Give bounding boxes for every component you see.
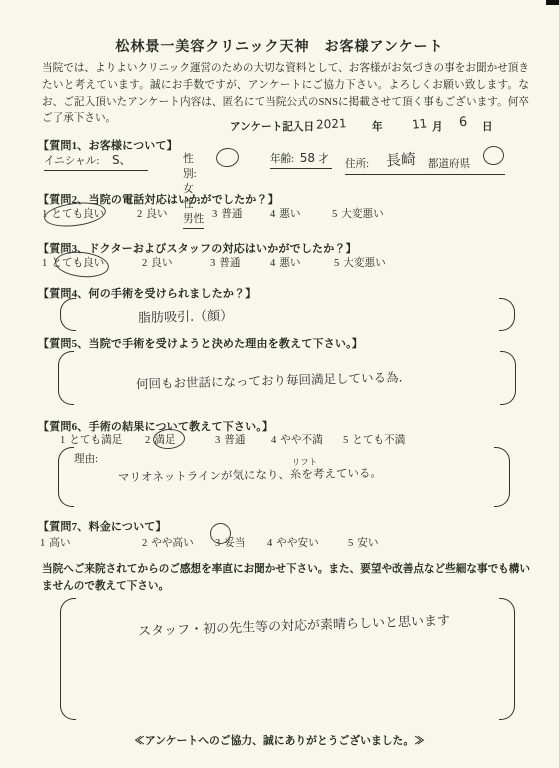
option-num: 5 — [334, 258, 339, 269]
prefecture-circled: 県 — [460, 159, 471, 170]
option-label: 良い — [146, 209, 167, 220]
option-num: 2 — [142, 258, 147, 269]
date-day-unit: 日 — [482, 119, 493, 134]
q6-options-row: 1とても満足 2満足 3普通 4やや不満 5とても不満 — [60, 432, 540, 448]
option-num: 4 — [270, 258, 275, 269]
selection-circle-q7 — [210, 523, 231, 544]
gender-label: 性別: — [183, 154, 197, 180]
option-num: 1 — [42, 258, 47, 269]
q6-option-3: 3普通 — [215, 432, 245, 447]
q7-heading: 【質問7、料金について】 — [38, 518, 167, 534]
q3-option-5: 5大変悪い — [334, 255, 386, 270]
option-label: 良い — [151, 258, 172, 269]
q2-option-3: 3普通 — [212, 206, 242, 221]
option-num: 3 — [212, 209, 217, 220]
q7-option-5: 5安い — [348, 535, 378, 550]
date-year-handwritten: 2021 — [316, 116, 347, 132]
q7-option-1: 1高い — [40, 535, 70, 550]
option-num: 1 — [60, 435, 65, 446]
q5-heading: 【質問5、当院で手術を受けようと決めた理由を教えて下さい。】 — [38, 335, 363, 351]
reason-annotation-lift: リフト — [292, 456, 318, 468]
date-label: アンケート記入日 — [230, 119, 314, 134]
q2-option-2: 2良い — [137, 206, 167, 221]
reason-text-before: マリオネットラインが気になり、 — [118, 467, 290, 484]
initial-label: イニシャル: — [44, 156, 99, 167]
option-num: 2 — [137, 209, 142, 220]
date-month-handwritten: 11 — [411, 116, 428, 132]
option-label: 高い — [49, 538, 70, 549]
selection-circle-gender — [215, 146, 240, 168]
option-num: 4 — [270, 209, 275, 220]
option-label: 普通 — [219, 258, 240, 269]
date-month-unit: 月 — [432, 119, 443, 134]
option-label: やや不満 — [280, 435, 322, 446]
q2-options-row: 1とても良い 2良い 3普通 4悪い 5大変悪い — [42, 206, 522, 222]
option-label: とても満足 — [69, 435, 122, 446]
option-label: 普通 — [221, 209, 242, 220]
q4-answer-box — [60, 298, 515, 331]
q6-option-4: 4やや不満 — [271, 432, 323, 447]
age-value-handwritten: 58 — [300, 151, 315, 165]
q6-option-5: 5とても不満 — [343, 432, 405, 447]
option-num: 2 — [145, 435, 150, 446]
q3-option-3: 3普通 — [210, 255, 240, 270]
date-year-unit: 年 — [372, 119, 383, 134]
option-label: 普通 — [224, 435, 245, 446]
address-label: 住所: — [345, 159, 369, 170]
feedback-prompt: 当院へご来院されてからのご感想を率直にお聞かせ下さい。また、要望や改善点など些細… — [42, 561, 530, 595]
q3-options-row: 1とても良い 2良い 3普通 4悪い 5大変悪い — [42, 255, 522, 271]
option-num: 3 — [215, 435, 220, 446]
option-num: 5 — [343, 435, 348, 446]
date-day-handwritten: 6 — [458, 115, 467, 131]
q7-options-row: 1高い 2やや高い 3妥当 4やや安い 5安い — [40, 535, 520, 551]
option-num: 2 — [142, 538, 147, 549]
initial-value-handwritten: S、 — [112, 153, 132, 167]
option-label: 安い — [357, 538, 378, 549]
age-label: 年齢: — [270, 154, 294, 165]
option-label: とても不満 — [352, 435, 405, 446]
q6-reason-label: 理由: — [74, 451, 98, 466]
option-num: 4 — [267, 538, 272, 549]
survey-scan-page: 松林景一美容クリニック天神 お客様アンケート 当院では、よりよいクリニック運営の… — [0, 0, 559, 768]
closing-thanks: ≪アンケートへのご協力、誠にありがとうございました。≫ — [0, 733, 559, 748]
page-title: 松林景一美容クリニック天神 お客様アンケート — [0, 36, 559, 56]
option-label: やや高い — [151, 538, 193, 549]
option-num: 1 — [40, 538, 45, 549]
option-num: 5 — [348, 538, 353, 549]
q3-option-4: 4悪い — [270, 255, 300, 270]
option-num: 5 — [332, 209, 337, 220]
reason-text-after: を考えている。 — [301, 466, 382, 481]
reason-word: 糸 — [290, 467, 302, 481]
q1-initial-field: イニシャル: S、 — [44, 151, 148, 171]
address-value-handwritten: 長崎 — [385, 148, 416, 171]
q2-option-4: 4悪い — [270, 206, 300, 221]
q2-option-5: 5大変悪い — [332, 206, 384, 221]
q6-option-1: 1とても満足 — [60, 432, 122, 447]
q1-address-field: 住所: 長崎都道府県 — [345, 151, 505, 175]
option-label: 大変悪い — [341, 209, 383, 220]
q4-answer-handwritten: 脂肪吸引.（顔） — [138, 305, 234, 326]
scan-artifact — [546, 0, 559, 5]
prefecture-prefix: 都道府 — [428, 159, 460, 170]
option-label: 悪い — [279, 258, 300, 269]
option-label: 悪い — [279, 209, 300, 220]
option-label: 大変悪い — [343, 258, 385, 269]
option-label: やや安い — [276, 538, 318, 549]
q7-option-4: 4やや安い — [267, 535, 319, 550]
q3-option-2: 2良い — [142, 255, 172, 270]
q1-age-field: 年齢: 58才 — [270, 151, 332, 169]
option-num: 4 — [271, 435, 276, 446]
option-num: 3 — [210, 258, 215, 269]
reason-word-with-annotation: リフト糸 — [290, 467, 302, 481]
q7-option-2: 2やや高い — [142, 535, 194, 550]
age-unit: 才 — [318, 154, 329, 165]
